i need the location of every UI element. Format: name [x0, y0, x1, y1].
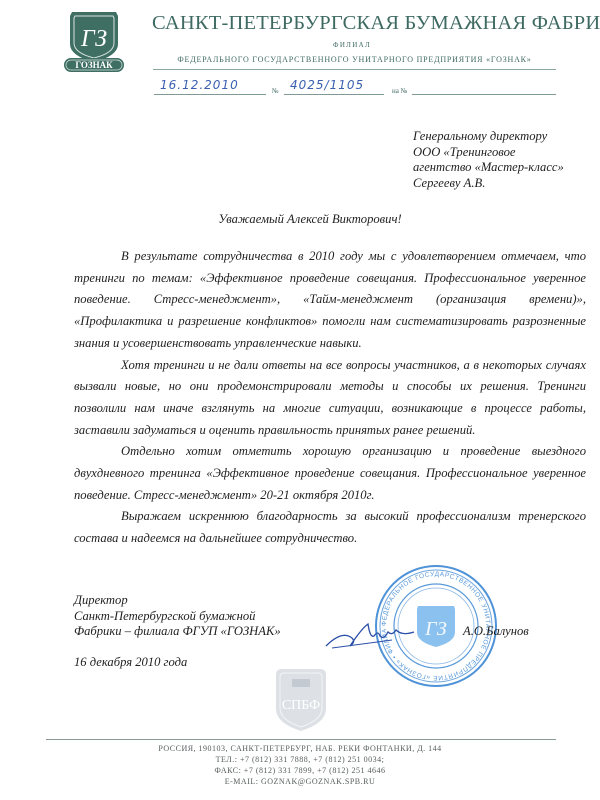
footer-fax: ФАКС: +7 (812) 331 7899, +7 (812) 251 46… [80, 765, 520, 776]
reg-date-field: 16.12.2010 [154, 78, 266, 95]
body-paragraph: Хотя тренинги и не дали ответы на все во… [74, 355, 586, 442]
org-branch-label: ФИЛИАЛ [152, 41, 552, 49]
reg-reply-field [412, 78, 556, 95]
goznak-logo-icon: ГЗ ГОЗНАК [62, 8, 126, 74]
footer-email: E-MAIL: GOZNAK@GOZNAK.SPB.RU [80, 776, 520, 787]
body-paragraph: Выражаем искреннюю благодарность за высо… [74, 506, 586, 549]
signature-position-line: Фабрики – филиала ФГУП «ГОЗНАК» [74, 624, 281, 640]
svg-text:ГЗ: ГЗ [80, 26, 107, 52]
signature-position: Директор Санкт-Петербургской бумажной Фа… [74, 593, 281, 640]
signature-date: 16 декабря 2010 года [74, 655, 187, 670]
signature-position-line: Директор [74, 593, 281, 609]
footer-divider [46, 739, 556, 740]
signature-position-line: Санкт-Петербургской бумажной [74, 609, 281, 625]
body-paragraph: Отдельно хотим отметить хорошую организа… [74, 441, 586, 506]
spbf-emblem-icon: СПБФ [270, 665, 332, 733]
reg-reply-label: на № [392, 87, 407, 95]
handwritten-signature-icon [322, 618, 432, 652]
addressee-line: Сергееву А.В. [413, 176, 564, 192]
reg-number-field: 4025/1105 [284, 78, 384, 95]
addressee-line: агентство «Мастер-класс» [413, 160, 564, 176]
reg-date: 16.12.2010 [154, 78, 239, 92]
letter-body: В результате сотрудничества в 2010 году … [74, 246, 586, 550]
signer-name: А.О.Балунов [463, 624, 529, 639]
header-divider [153, 69, 556, 70]
footer-contacts: РОССИЯ, 190103, САНКТ-ПЕТЕРБУРГ, НАБ. РЕ… [80, 743, 520, 787]
addressee-line: Генеральному директору [413, 129, 564, 145]
svg-text:СПБФ: СПБФ [282, 698, 320, 713]
org-title: САНКТ-ПЕТЕРБУРГСКАЯ БУМАЖНАЯ ФАБРИКА [152, 12, 552, 35]
reg-number: 4025/1105 [284, 78, 364, 92]
svg-text:ГОЗНАК: ГОЗНАК [75, 60, 113, 70]
addressee-block: Генеральному директору ООО «Тренинговое … [413, 129, 564, 191]
body-paragraph: В результате сотрудничества в 2010 году … [74, 246, 586, 355]
salutation: Уважаемый Алексей Викторович! [0, 212, 600, 227]
reg-number-label: № [272, 87, 279, 95]
addressee-line: ООО «Тренинговое [413, 145, 564, 161]
footer-phone: ТЕЛ.: +7 (812) 331 7888, +7 (812) 251 00… [80, 754, 520, 765]
footer-address: РОССИЯ, 190103, САНКТ-ПЕТЕРБУРГ, НАБ. РЕ… [80, 743, 520, 754]
org-parent-name: ФЕДЕРАЛЬНОГО ГОСУДАРСТВЕННОГО УНИТАРНОГО… [152, 55, 557, 64]
